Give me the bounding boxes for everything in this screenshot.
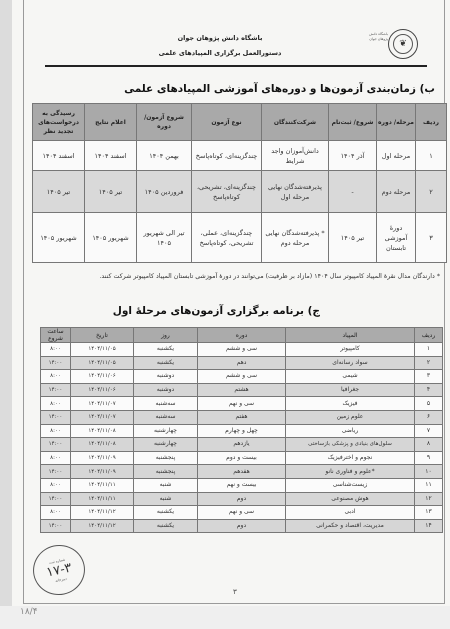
round-cell: چهل و چهارم bbox=[198, 424, 286, 438]
round-cell: دوم bbox=[198, 492, 286, 506]
stage-cell: مرحله اول bbox=[377, 141, 416, 171]
day-cell: یکشنبه bbox=[134, 519, 198, 533]
olympiad-cell: فیزیک bbox=[286, 397, 415, 411]
participants-cell: * پذیرفته‌شدگان نهایی مرحله دوم bbox=[262, 213, 329, 263]
table-row: ۳ دورهٔ آموزشی تابستان تیر ۱۴۰۵ * پذیرفت… bbox=[33, 213, 447, 263]
time-cell: ۱۴:۰۰ bbox=[41, 383, 71, 397]
round-cell: سی و نهم bbox=[198, 506, 286, 520]
round-cell: دوم bbox=[198, 519, 286, 533]
row-index: ۹ bbox=[415, 451, 443, 465]
time-cell: ۸:۰۰ bbox=[41, 451, 71, 465]
table-row: ۳شیمیسی و ششمدوشنبه۱۴۰۴/۱۱/۰۶۸:۰۰ bbox=[41, 370, 443, 384]
row-index: ۷ bbox=[415, 424, 443, 438]
row-index: ۴ bbox=[415, 383, 443, 397]
col-header: ساعت شروع bbox=[41, 328, 71, 343]
document-title: دستورالعمل برگزاری المپیادهای علمی bbox=[120, 49, 320, 57]
row-index: ۵ bbox=[415, 397, 443, 411]
col-header: تاریخ bbox=[71, 328, 134, 343]
olympiad-cell: ادبی bbox=[286, 506, 415, 520]
col-header: شروع/ ثبت‌نام bbox=[329, 104, 377, 141]
time-cell: ۱۴:۰۰ bbox=[41, 410, 71, 424]
date-cell: ۱۴۰۴/۱۱/۱۲ bbox=[71, 519, 134, 533]
olympiad-cell: علوم زمین bbox=[286, 410, 415, 424]
row-index: ۱۰ bbox=[415, 465, 443, 479]
table-row: ۱۳ادبیسی و نهمیکشنبه۱۴۰۴/۱۱/۱۲۸:۰۰ bbox=[41, 506, 443, 520]
table-row: ۶علوم زمینهفتمسه‌شنبه۱۴۰۴/۱۱/۰۷۱۴:۰۰ bbox=[41, 410, 443, 424]
row-index: ۳ bbox=[416, 213, 447, 263]
day-cell: چهارشنبه bbox=[134, 424, 198, 438]
date-cell: ۱۴۰۴/۱۱/۰۶ bbox=[71, 383, 134, 397]
row-index: ۲ bbox=[415, 356, 443, 370]
exam-schedule-table: ردیف المپیاد دوره روز تاریخ ساعت شروع ۱ک… bbox=[40, 327, 443, 533]
org-name: باشگاه دانش پژوهان جوان bbox=[120, 34, 320, 42]
table-header-row: ردیف المپیاد دوره روز تاریخ ساعت شروع bbox=[41, 328, 443, 343]
logo-caption: باشگاه دانش پژوهان جوان bbox=[366, 32, 388, 41]
col-header: ردیف bbox=[416, 104, 447, 141]
round-cell: هفتم bbox=[198, 410, 286, 424]
olympiad-cell: هوش مصنوعی bbox=[286, 492, 415, 506]
exam-type-cell: چندگزینه‌ای، تشریحی، کوتاه‌پاسخ bbox=[192, 171, 262, 213]
round-cell: سی و نهم bbox=[198, 397, 286, 411]
handwritten-margin-note: ۱۸/۴ bbox=[20, 607, 38, 617]
col-header: ردیف bbox=[415, 328, 443, 343]
table-row: ۱ مرحله اول آذر ۱۴۰۴ دانش‌آموزان واجد شر… bbox=[33, 141, 447, 171]
time-cell: ۱۴:۰۰ bbox=[41, 356, 71, 370]
date-cell: ۱۴۰۴/۱۱/۰۷ bbox=[71, 397, 134, 411]
row-index: ۱۳ bbox=[415, 506, 443, 520]
footnote: * دارندگان مدال نقرهٔ المپیاد کامپیوتر س… bbox=[45, 270, 440, 283]
row-index: ۱ bbox=[415, 343, 443, 357]
round-cell: هفدهم bbox=[198, 465, 286, 479]
start-cell: بهمن ۱۴۰۴ bbox=[137, 141, 192, 171]
date-cell: ۱۴۰۴/۱۱/۰۷ bbox=[71, 410, 134, 424]
table-row: ۲سواد رسانه‌ایدهمیکشنبه۱۴۰۴/۱۱/۰۵۱۴:۰۰ bbox=[41, 356, 443, 370]
time-cell: ۱۴:۰۰ bbox=[41, 492, 71, 506]
round-cell: سی و ششم bbox=[198, 343, 286, 357]
table-row: ۸سلول‌های بنیادی و پزشکی بازساختییازدهمچ… bbox=[41, 438, 443, 452]
registration-cell: تیر ۱۴۰۵ bbox=[329, 213, 377, 263]
day-cell: سه‌شنبه bbox=[134, 410, 198, 424]
start-cell: فروردین ۱۴۰۵ bbox=[137, 171, 192, 213]
registration-cell: - bbox=[329, 171, 377, 213]
row-index: ۱۲ bbox=[415, 492, 443, 506]
time-cell: ۸:۰۰ bbox=[41, 424, 71, 438]
time-cell: ۸:۰۰ bbox=[41, 506, 71, 520]
date-cell: ۱۴۰۴/۱۱/۰۹ bbox=[71, 465, 134, 479]
day-cell: پنجشنبه bbox=[134, 465, 198, 479]
olympiad-cell: سواد رسانه‌ای bbox=[286, 356, 415, 370]
date-cell: ۱۴۰۴/۱۱/۰۹ bbox=[71, 451, 134, 465]
day-cell: سه‌شنبه bbox=[134, 397, 198, 411]
row-index: ۶ bbox=[415, 410, 443, 424]
round-cell: هشتم bbox=[198, 383, 286, 397]
col-header: شروع آزمون/ دوره bbox=[137, 104, 192, 141]
header-divider bbox=[45, 65, 427, 67]
row-index: ۱۴ bbox=[415, 519, 443, 533]
col-header: رسیدگی به درخواست‌های تجدید نظر bbox=[33, 104, 85, 141]
table-row: ۲ مرحله دوم - پذیرفته‌شدگان نهایی مرحله … bbox=[33, 171, 447, 213]
olympiad-cell: نجوم و اخترفیزیک bbox=[286, 451, 415, 465]
appeals-cell: تیر ۱۴۰۵ bbox=[33, 171, 85, 213]
date-cell: ۱۴۰۴/۱۱/۰۵ bbox=[71, 356, 134, 370]
stage-cell: مرحله دوم bbox=[377, 171, 416, 213]
olympiad-cell: سلول‌های بنیادی و پزشکی بازساختی bbox=[286, 438, 415, 452]
olympiad-cell: مدیریت، اقتصاد و حکمرانی bbox=[286, 519, 415, 533]
section-b-title: ب) زمان‌بندی آزمون‌ها و دوره‌های آموزشی … bbox=[124, 83, 435, 95]
exam-type-cell: چندگزینه‌ای، عملی، تشریحی، کوتاه‌پاسخ bbox=[192, 213, 262, 263]
day-cell: شنبه bbox=[134, 492, 198, 506]
round-cell: سی و ششم bbox=[198, 370, 286, 384]
day-cell: شنبه bbox=[134, 478, 198, 492]
col-header: شرکت‌کنندگان bbox=[262, 104, 329, 141]
row-index: ۲ bbox=[416, 171, 447, 213]
olympiad-cell: جغرافیا bbox=[286, 383, 415, 397]
participants-cell: دانش‌آموزان واجد شرایط bbox=[262, 141, 329, 171]
day-cell: یکشنبه bbox=[134, 506, 198, 520]
day-cell: دوشنبه bbox=[134, 370, 198, 384]
day-cell: پنجشنبه bbox=[134, 451, 198, 465]
appeals-cell: اسفند ۱۴۰۴ bbox=[33, 141, 85, 171]
col-header: اعلام نتایج bbox=[85, 104, 137, 141]
col-header: مرحله/ دوره bbox=[377, 104, 416, 141]
olympiad-cell: زیست‌شناسی bbox=[286, 478, 415, 492]
appeals-cell: شهریور ۱۴۰۵ bbox=[33, 213, 85, 263]
schedule-table: ردیف مرحله/ دوره شروع/ ثبت‌نام شرکت‌کنند… bbox=[32, 103, 447, 263]
table-row: ۱۲هوش مصنوعیدومشنبه۱۴۰۴/۱۱/۱۱۱۴:۰۰ bbox=[41, 492, 443, 506]
olympiad-cell: ریاضی bbox=[286, 424, 415, 438]
time-cell: ۱۴:۰۰ bbox=[41, 519, 71, 533]
results-cell: تیر ۱۴۰۵ bbox=[85, 171, 137, 213]
day-cell: یکشنبه bbox=[134, 343, 198, 357]
table-row: ۱۴مدیریت، اقتصاد و حکمرانیدومیکشنبه۱۴۰۴/… bbox=[41, 519, 443, 533]
scan-margin bbox=[0, 606, 450, 629]
row-index: ۱۱ bbox=[415, 478, 443, 492]
page-number: ۳ bbox=[233, 588, 237, 596]
time-cell: ۱۴:۰۰ bbox=[41, 438, 71, 452]
table-row: ۱۱زیست‌شناسیبیست و نهمشنبه۱۴۰۴/۱۱/۱۱۸:۰۰ bbox=[41, 478, 443, 492]
olympiad-cell: کامپیوتر bbox=[286, 343, 415, 357]
results-cell: اسفند ۱۴۰۴ bbox=[85, 141, 137, 171]
registration-cell: آذر ۱۴۰۴ bbox=[329, 141, 377, 171]
col-header: دوره bbox=[198, 328, 286, 343]
date-cell: ۱۴۰۴/۱۱/۰۵ bbox=[71, 343, 134, 357]
row-index: ۸ bbox=[415, 438, 443, 452]
round-cell: دهم bbox=[198, 356, 286, 370]
participants-cell: پذیرفته‌شدگان نهایی مرحله اول bbox=[262, 171, 329, 213]
institution-seal-icon: ❦ bbox=[388, 29, 418, 59]
day-cell: دوشنبه bbox=[134, 383, 198, 397]
time-cell: ۸:۰۰ bbox=[41, 343, 71, 357]
table-row: ۱کامپیوترسی و ششمیکشنبه۱۴۰۴/۱۱/۰۵۸:۰۰ bbox=[41, 343, 443, 357]
olympiad-cell: *علوم و فناوری نانو bbox=[286, 465, 415, 479]
date-cell: ۱۴۰۴/۱۱/۱۱ bbox=[71, 478, 134, 492]
col-header: المپیاد bbox=[286, 328, 415, 343]
table-header-row: ردیف مرحله/ دوره شروع/ ثبت‌نام شرکت‌کنند… bbox=[33, 104, 447, 141]
round-cell: بیست و دوم bbox=[198, 451, 286, 465]
time-cell: ۸:۰۰ bbox=[41, 478, 71, 492]
row-index: ۱ bbox=[416, 141, 447, 171]
stage-cell: دورهٔ آموزشی تابستان bbox=[377, 213, 416, 263]
time-cell: ۱۴:۰۰ bbox=[41, 465, 71, 479]
day-cell: چهارشنبه bbox=[134, 438, 198, 452]
date-cell: ۱۴۰۴/۱۱/۱۲ bbox=[71, 506, 134, 520]
date-cell: ۱۴۰۴/۱۱/۱۱ bbox=[71, 492, 134, 506]
round-cell: یازدهم bbox=[198, 438, 286, 452]
start-cell: تیر الی شهریور ۱۴۰۵ bbox=[137, 213, 192, 263]
col-header: نوع آزمون bbox=[192, 104, 262, 141]
table-row: ۱۰*علوم و فناوری نانوهفدهمپنجشنبه۱۴۰۴/۱۱… bbox=[41, 465, 443, 479]
round-cell: بیست و نهم bbox=[198, 478, 286, 492]
date-cell: ۱۴۰۴/۱۱/۰۸ bbox=[71, 424, 134, 438]
exam-type-cell: چندگزینه‌ای، کوتاه‌پاسخ bbox=[192, 141, 262, 171]
day-cell: یکشنبه bbox=[134, 356, 198, 370]
row-index: ۳ bbox=[415, 370, 443, 384]
table-row: ۷ریاضیچهل و چهارمچهارشنبه۱۴۰۴/۱۱/۰۸۸:۰۰ bbox=[41, 424, 443, 438]
time-cell: ۸:۰۰ bbox=[41, 397, 71, 411]
section-c-title: ج) برنامه برگزاری آزمون‌های مرحلهٔ اول bbox=[113, 305, 320, 317]
results-cell: شهریور ۱۴۰۵ bbox=[85, 213, 137, 263]
olympiad-cell: شیمی bbox=[286, 370, 415, 384]
col-header: روز bbox=[134, 328, 198, 343]
table-row: ۹نجوم و اخترفیزیکبیست و دومپنجشنبه۱۴۰۴/۱… bbox=[41, 451, 443, 465]
stamp-caption-bottom: دبیرخانه bbox=[55, 576, 67, 582]
table-row: ۴جغرافیاهشتمدوشنبه۱۴۰۴/۱۱/۰۶۱۴:۰۰ bbox=[41, 383, 443, 397]
date-cell: ۱۴۰۴/۱۱/۰۸ bbox=[71, 438, 134, 452]
date-cell: ۱۴۰۴/۱۱/۰۶ bbox=[71, 370, 134, 384]
table-row: ۵فیزیکسی و نهمسه‌شنبه۱۴۰۴/۱۱/۰۷۸:۰۰ bbox=[41, 397, 443, 411]
time-cell: ۸:۰۰ bbox=[41, 370, 71, 384]
